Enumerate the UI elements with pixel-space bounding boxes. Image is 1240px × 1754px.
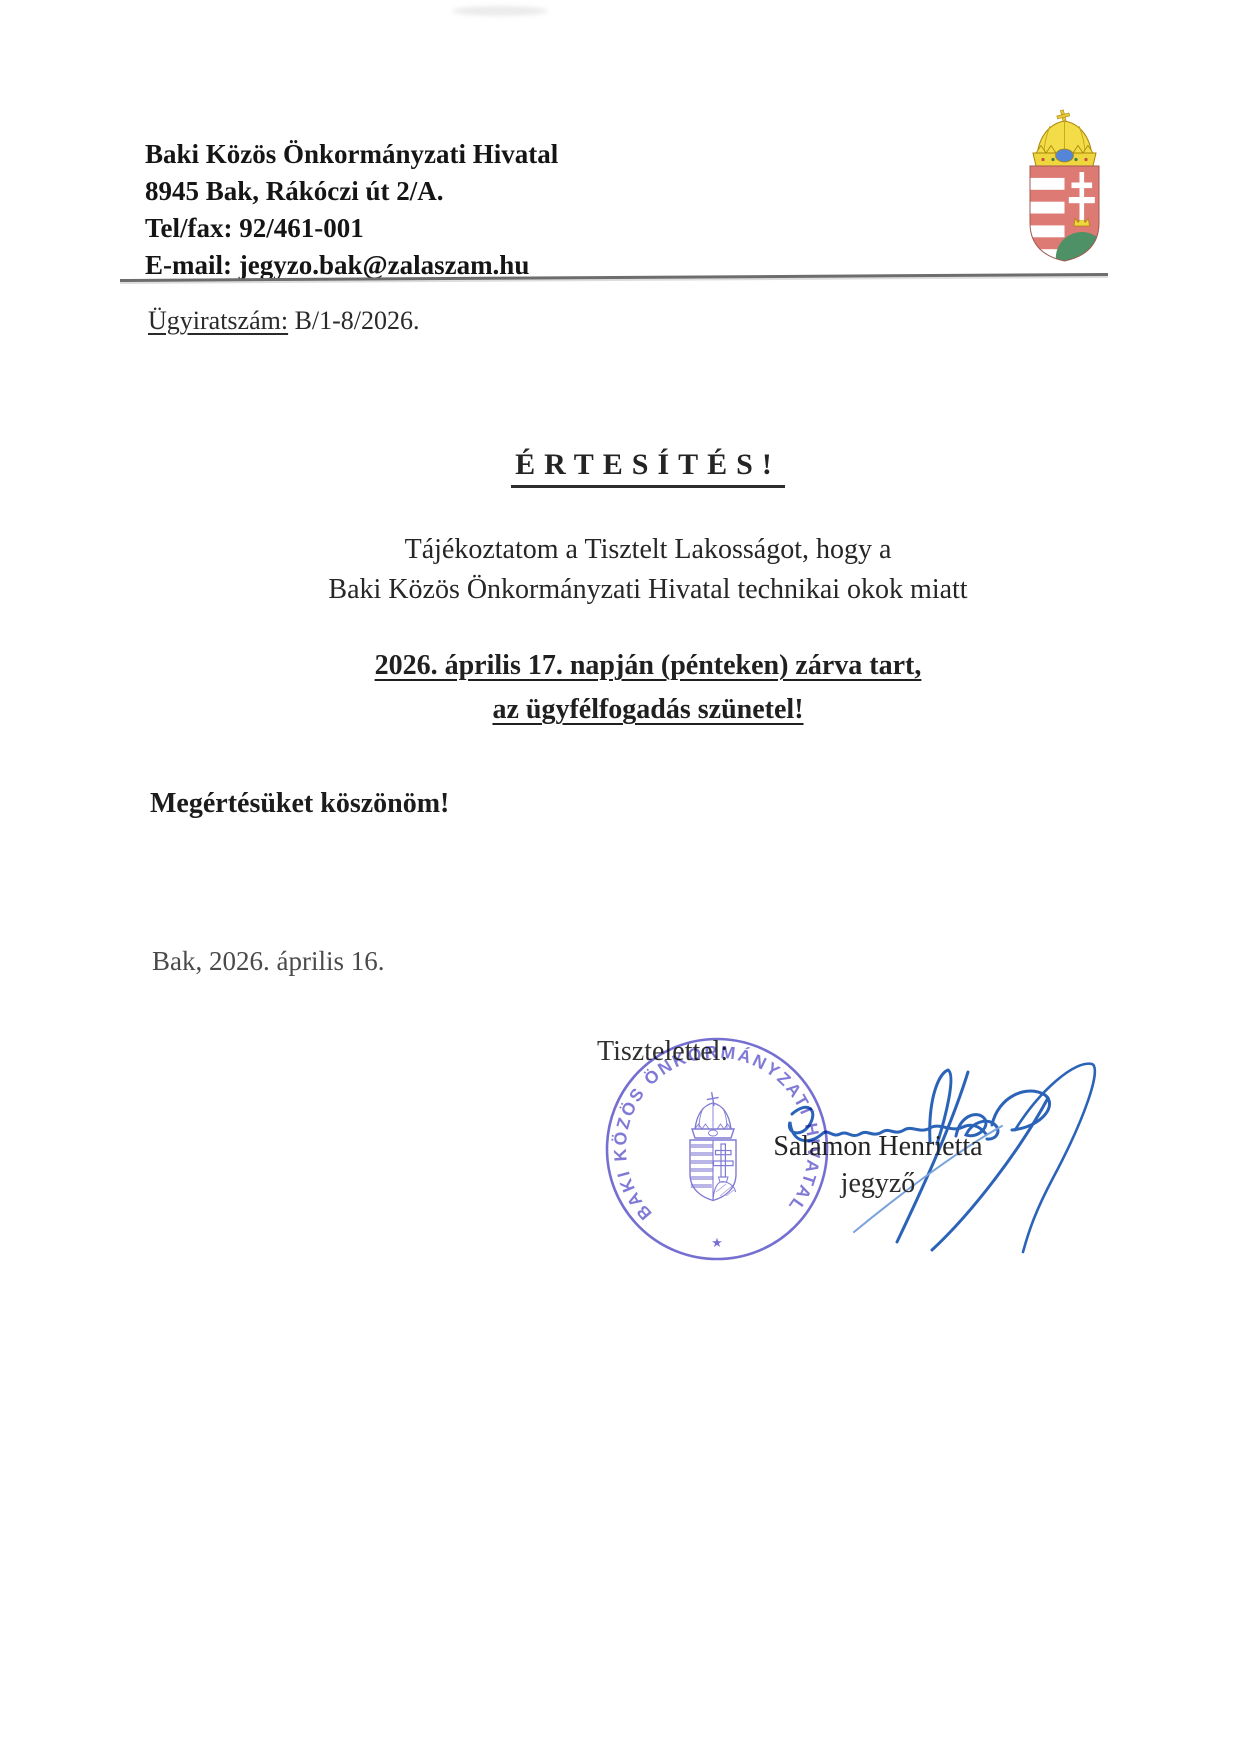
stamp-star: ★ bbox=[711, 1235, 723, 1250]
notice-body-line2: Baki Közös Önkormányzati Hivatal technik… bbox=[28, 574, 1240, 606]
closure-date-line: 2026. április 17. napján (pénteken) zárv… bbox=[28, 650, 1240, 682]
notice-title: ÉRTESÍTÉS! bbox=[511, 448, 785, 488]
document-page: Baki Közös Önkormányzati Hivatal 8945 Ba… bbox=[0, 0, 1240, 1754]
holy-crown-icon bbox=[1033, 109, 1096, 166]
date-line: Bak, 2026. április 16. bbox=[152, 946, 384, 977]
signer-title: jegyző bbox=[762, 1168, 994, 1200]
scan-smudge-artifact bbox=[452, 6, 548, 16]
case-number-label: Ügyiratszám: bbox=[148, 306, 288, 335]
shield bbox=[1030, 166, 1107, 263]
office-telfax: Tel/fax: 92/461-001 bbox=[145, 210, 558, 247]
thanks-line: Megértésüket köszönöm! bbox=[150, 788, 449, 820]
office-name: Baki Közös Önkormányzati Hivatal bbox=[145, 136, 558, 173]
stamp-coat-of-arms bbox=[690, 1091, 736, 1200]
letterhead: Baki Közös Önkormányzati Hivatal 8945 Ba… bbox=[145, 136, 558, 284]
notice-title-row: ÉRTESÍTÉS! bbox=[28, 448, 1240, 488]
case-number-value: B/1-8/2026. bbox=[288, 306, 419, 335]
notice-body-line1: Tájékoztatom a Tisztelt Lakosságot, hogy… bbox=[28, 534, 1240, 566]
signer-name: Salamon Henrietta bbox=[762, 1131, 994, 1163]
case-number: Ügyiratszám: B/1-8/2026. bbox=[148, 306, 420, 336]
office-address: 8945 Bak, Rákóczi út 2/A. bbox=[145, 173, 558, 210]
hungary-coat-of-arms bbox=[1022, 108, 1107, 263]
closure-detail-line: az ügyfélfogadás szünetel! bbox=[28, 694, 1240, 726]
